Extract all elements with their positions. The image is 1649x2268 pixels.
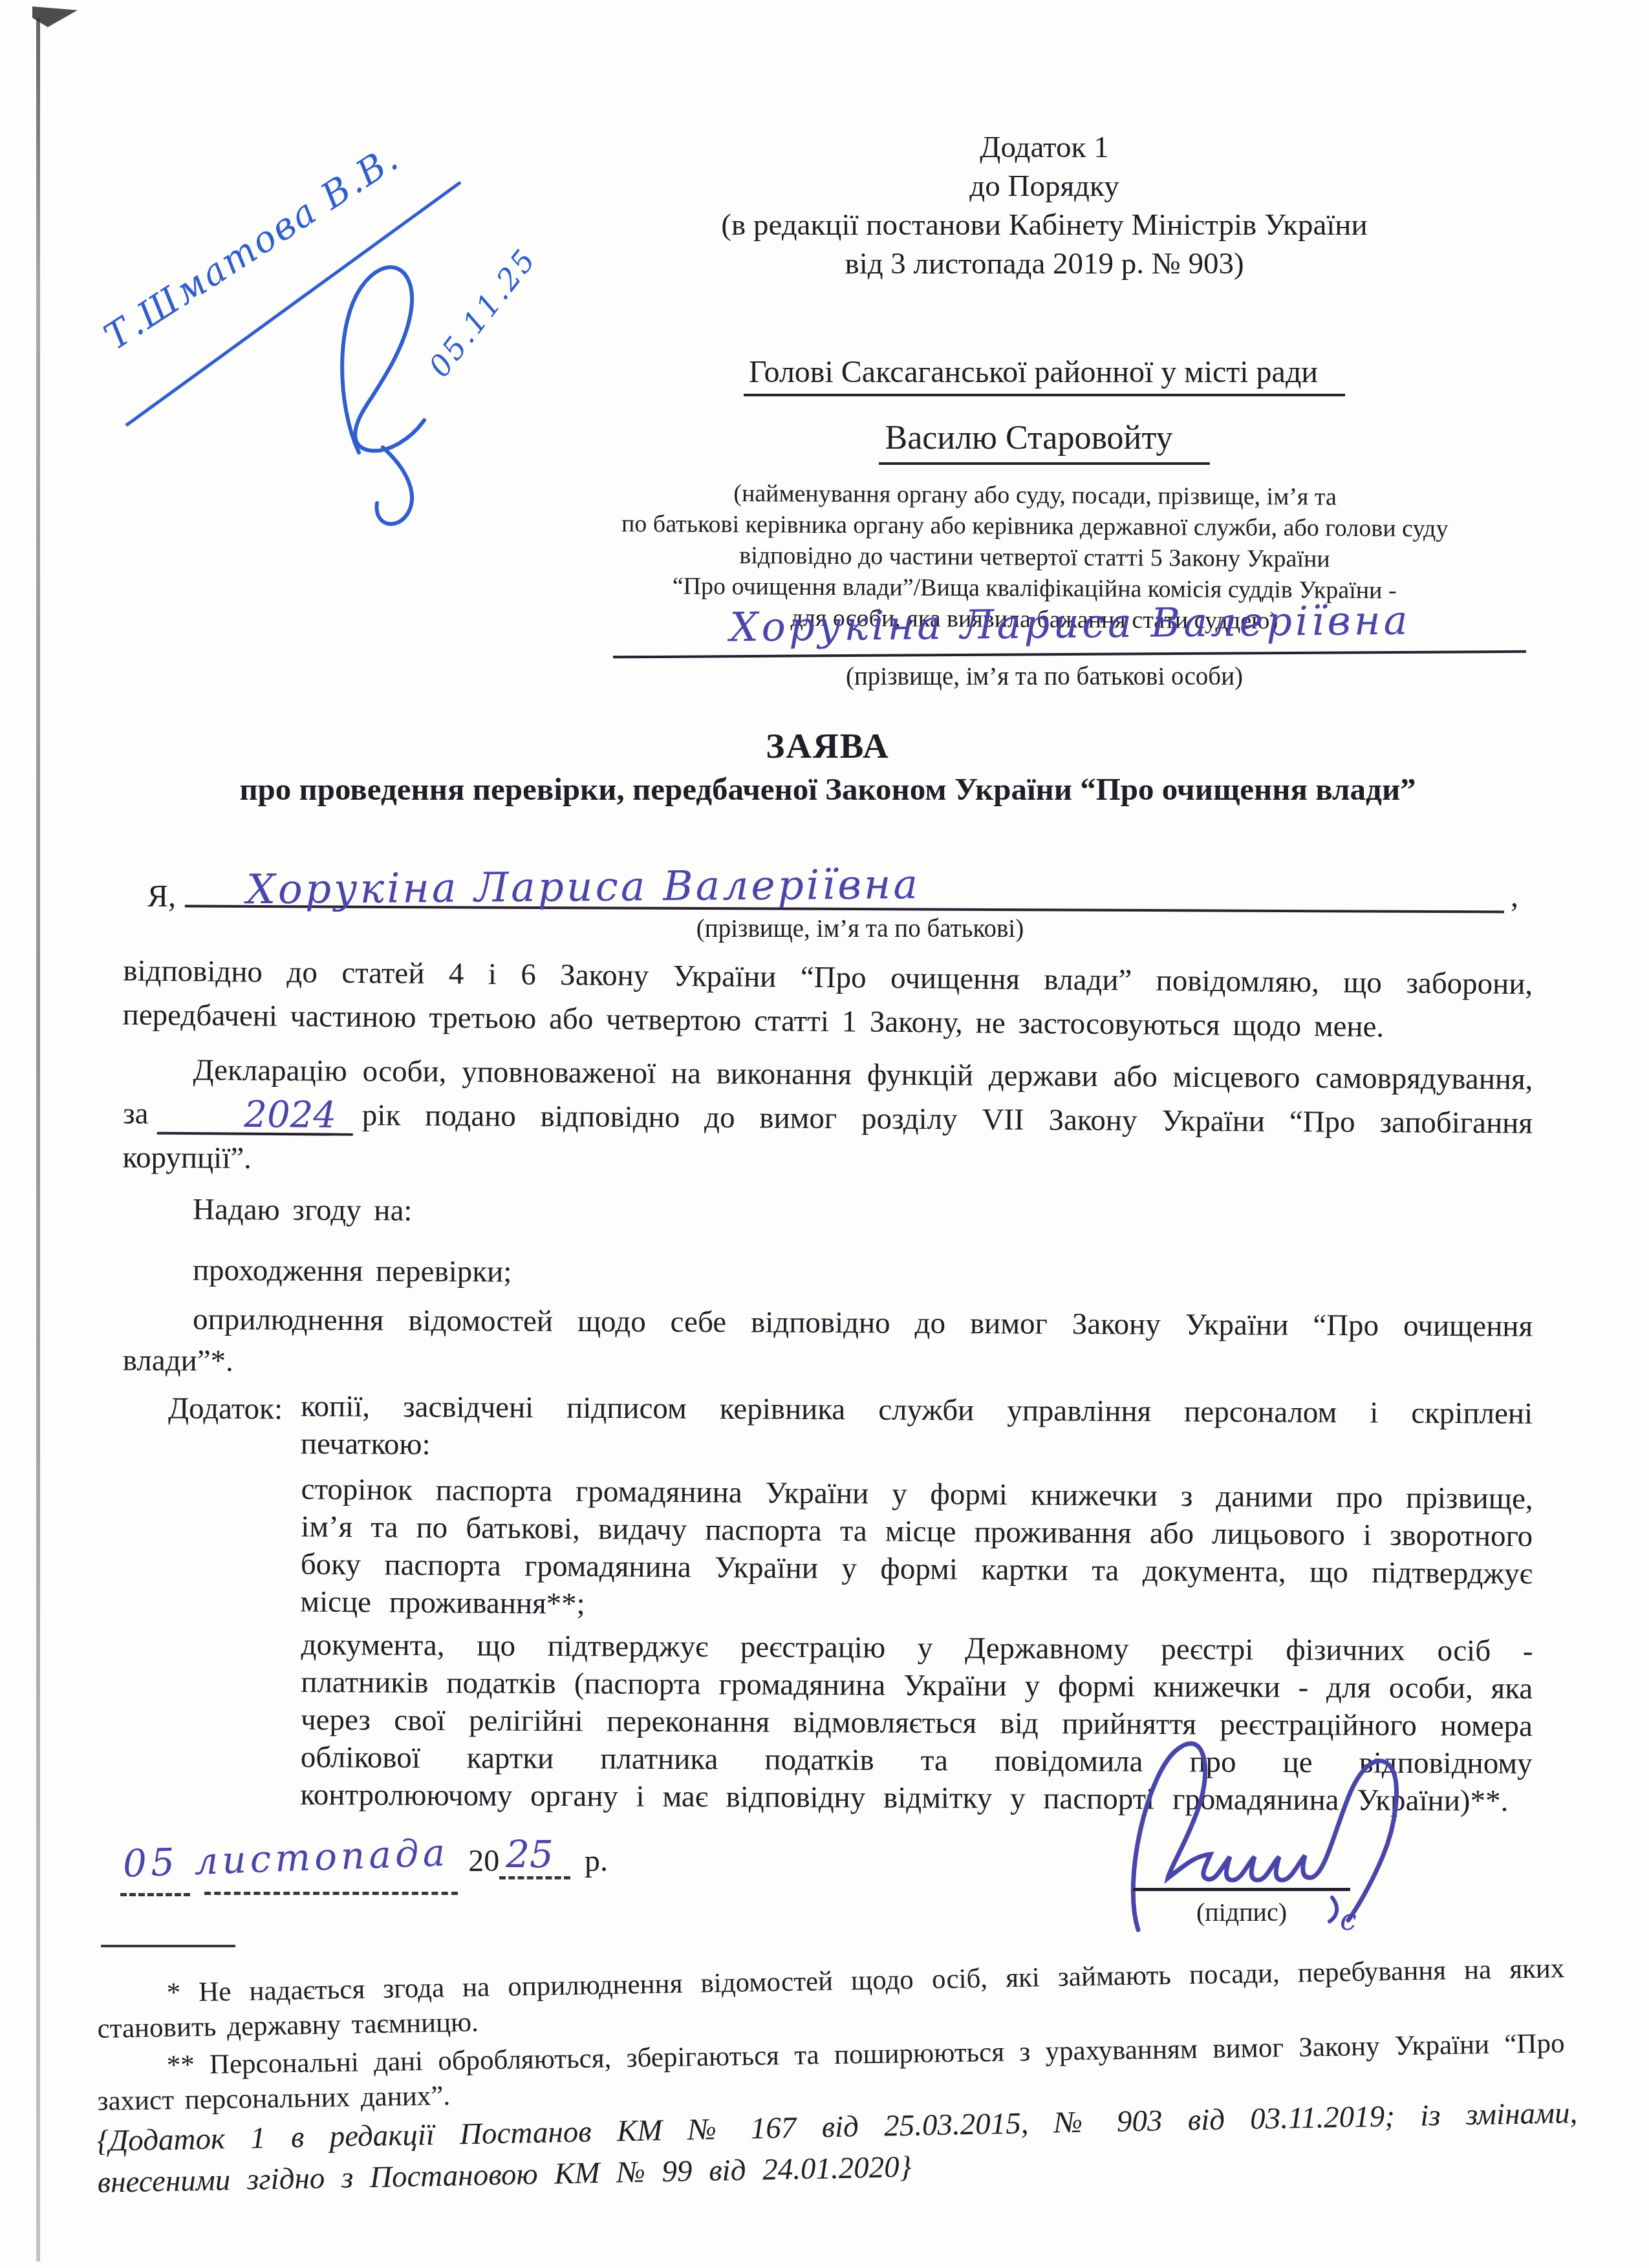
paragraph-declaration: Декларацію особи, уповноваженої на викон…: [122, 1047, 1533, 1189]
addressee-hint-2: по батькові керівника органу або керівни…: [530, 508, 1539, 545]
declarant-name-handwritten: Хорукіна Лариса Валеріївна: [246, 861, 921, 913]
attachment-label: Додаток:: [168, 1391, 283, 1427]
declarant-name-field: Хорукіна Лариса Валеріївна: [185, 850, 1504, 914]
appendix-line-4: від 3 листопада 2019 р. № 903): [582, 244, 1507, 283]
signature-caption: (підпис): [1133, 1897, 1350, 1927]
scanned-application-page: { "page": {"width": 2550, "height": 3508…: [0, 0, 1649, 2268]
addressee-organization-text: Голові Саксаганської районної у місті ра…: [744, 354, 1345, 396]
date-day-month-handwritten: 05 листопада: [122, 1830, 449, 1886]
addressee-head-name: Василю Старовойту: [576, 419, 1513, 465]
date-suffix: р.: [585, 1844, 608, 1878]
declarant-trailing-comma: ,: [1511, 879, 1518, 914]
attachment-item-passport: сторінок паспорта громадянина України у …: [300, 1471, 1533, 1631]
appendix-header: Додаток 1 до Порядку (в редакції постано…: [582, 128, 1507, 283]
consent-item-publication: оприлюднення відомостей щодо себе відпов…: [123, 1298, 1533, 1388]
declaration-year-handwritten: 2024: [157, 1098, 353, 1136]
applicant-name-hint: (прізвище, ім’я та по батькові особи): [576, 662, 1513, 691]
document-title: ЗАЯВА: [123, 725, 1533, 766]
footnote-separator: [101, 1945, 235, 1947]
signature-ink-mark: с: [1340, 1902, 1357, 1937]
applicant-name-handwritten: Хорукіна Лариса Валеріївна: [614, 595, 1527, 652]
applicant-name-underline: [613, 650, 1526, 659]
signature-line: [1133, 1888, 1350, 1891]
addressee-organization: Голові Саксаганської районної у місті ра…: [576, 354, 1513, 396]
scan-edge-artifact: [36, 18, 40, 2262]
pen-flourish-tail: [377, 447, 413, 524]
addressee-head-name-text: Василю Старовойту: [879, 419, 1211, 465]
appendix-line-2: до Порядку: [582, 167, 1507, 206]
declarant-prefix: Я,: [147, 879, 176, 914]
appendix-line-3: (в редакції постанови Кабінету Міністрів…: [582, 206, 1507, 244]
consent-intro: Надаю згоду на:: [123, 1187, 1533, 1238]
attachment-intro: копії, засвідчені підписом керівника слу…: [301, 1387, 1533, 1470]
document-subtitle: про проведення перевірки, передбаченої З…: [97, 771, 1558, 808]
date-century-printed: 20: [468, 1844, 499, 1878]
paragraph-no-restrictions: відповідно до статей 4 і 6 Закону Україн…: [122, 949, 1533, 1051]
consent-item-check: проходження перевірки;: [123, 1248, 1533, 1299]
pen-flourish-loop: [342, 267, 424, 453]
declarant-line: Я, Хорукіна Лариса Валеріївна ,: [147, 852, 1518, 914]
date-year-handwritten: 25: [499, 1832, 570, 1879]
date-underline-segment-2: [204, 1892, 458, 1895]
appendix-line-1: Додаток 1: [582, 128, 1507, 167]
date-underline-segment-1: [120, 1893, 190, 1896]
declarant-name-hint: (прізвище, ім’я та по батькові): [213, 914, 1507, 943]
date-line: 05 листопада2025р.: [123, 1836, 931, 1883]
